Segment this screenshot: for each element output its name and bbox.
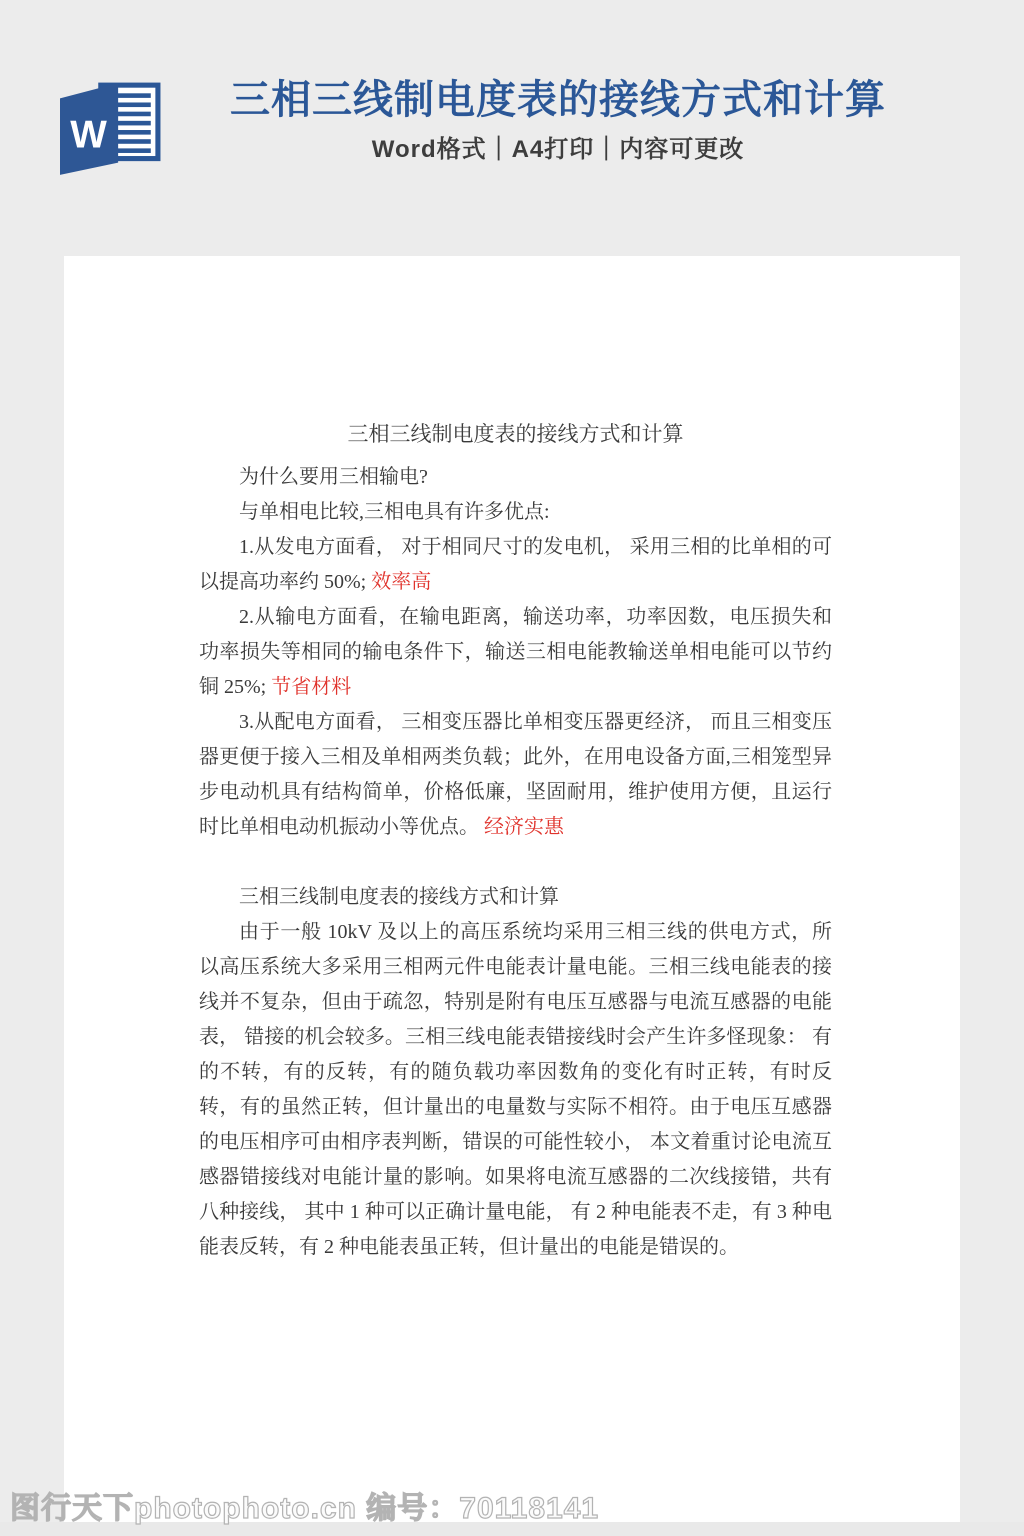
header-banner: W 三相三线制电度表的接线方式和计算 Word格式｜A4打印｜内容可更改 xyxy=(0,76,1024,176)
document-title: 三相三线制电度表的接线方式和计算 xyxy=(199,414,832,454)
word-file-icon: W xyxy=(60,82,162,176)
document-page: 三相三线制电度表的接线方式和计算 为什么要用三相输电?与单相电比较,三相电具有许… xyxy=(64,256,960,1522)
red-highlight-text: 效率高 xyxy=(371,571,431,593)
word-icon-letter: W xyxy=(70,113,107,156)
paragraph: 由于一般 10kV 及以上的高压系统均采用三相三线的供电方式，所以高压系统大多采… xyxy=(199,915,832,1265)
text-run: 与单相电比较,三相电具有许多优点: xyxy=(239,501,550,523)
text-run: 1.从发电方面看， 对于相同尺寸的发电机， 采用三相的比单相的可以提高功率约 5… xyxy=(199,536,832,593)
paragraph: 1.从发电方面看， 对于相同尺寸的发电机， 采用三相的比单相的可以提高功率约 5… xyxy=(199,530,832,600)
template-title: 三相三线制电度表的接线方式和计算 xyxy=(162,76,954,124)
document-content: 三相三线制电度表的接线方式和计算 为什么要用三相输电?与单相电比较,三相电具有许… xyxy=(64,256,960,1265)
paragraph-spacer xyxy=(199,845,832,880)
paragraph: 为什么要用三相输电? xyxy=(199,460,832,495)
paragraph: 3.从配电方面看， 三相变压器比单相变压器更经济， 而且三相变压器更便于接入三相… xyxy=(199,705,832,845)
red-highlight-text: 节省材料 xyxy=(271,676,351,698)
red-highlight-text: 经济实惠 xyxy=(484,816,564,838)
text-run: 由于一般 10kV 及以上的高压系统均采用三相三线的供电方式，所以高压系统大多采… xyxy=(199,921,832,1258)
paragraph: 三相三线制电度表的接线方式和计算 xyxy=(199,880,832,915)
text-run: 为什么要用三相输电? xyxy=(239,466,428,488)
site-watermark: 图行天下photophoto.cn 编号：70118141 xyxy=(10,1483,599,1527)
document-body: 为什么要用三相输电?与单相电比较,三相电具有许多优点:1.从发电方面看， 对于相… xyxy=(199,460,832,1265)
text-run: 三相三线制电度表的接线方式和计算 xyxy=(239,886,559,908)
template-subtitle: Word格式｜A4打印｜内容可更改 xyxy=(162,136,954,164)
header-text-block: 三相三线制电度表的接线方式和计算 Word格式｜A4打印｜内容可更改 xyxy=(162,76,954,164)
paragraph: 2.从输电方面看，在输电距离，输送功率，功率因数，电压损失和功率损失等相同的输电… xyxy=(199,600,832,705)
paragraph: 与单相电比较,三相电具有许多优点: xyxy=(199,495,832,530)
